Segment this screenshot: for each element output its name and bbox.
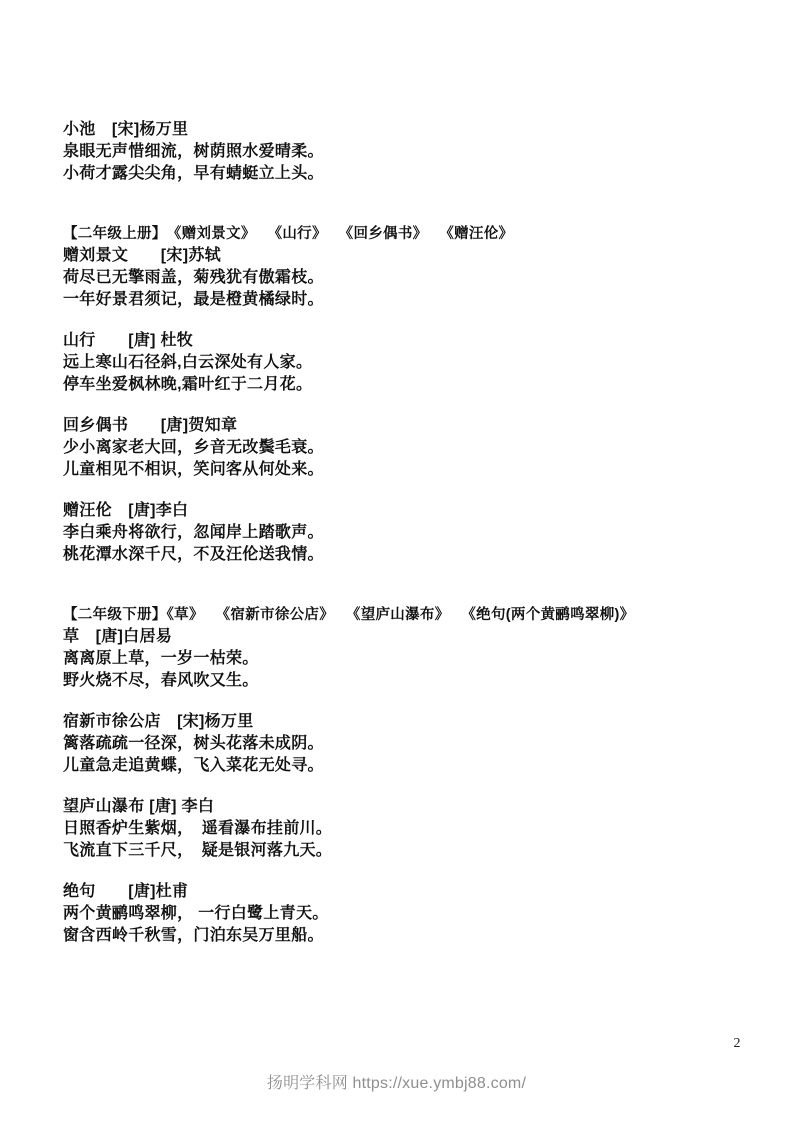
document-page: 小池 [宋]杨万里泉眼无声惜细流，树荫照水爱晴柔。小荷才露尖尖角，早有蜻蜓立上头… xyxy=(0,0,793,1122)
poem-block: 小池 [宋]杨万里泉眼无声惜细流，树荫照水爱晴柔。小荷才露尖尖角，早有蜻蜓立上头… xyxy=(63,119,757,185)
poem-title-line: 小池 [宋]杨万里 xyxy=(63,119,757,141)
poem-verse-line: 小荷才露尖尖角，早有蜻蜓立上头。 xyxy=(63,163,757,185)
poem-block: 宿新市徐公店 [宋]杨万里篱落疏疏一径深，树头花落未成阴。儿童急走追黄蝶，飞入菜… xyxy=(63,711,757,777)
poem-verse-line: 野火烧不尽，春风吹又生。 xyxy=(63,670,757,692)
poem-verse-line: 草 [唐]白居易 xyxy=(63,626,757,648)
poem-title-line: 山行 [唐] 杜牧 xyxy=(63,330,757,352)
poem-verse-line: 荷尽已无擎雨盖，菊残犹有傲霜枝。 xyxy=(63,267,757,289)
poem-verse-line: 离离原上草，一岁一枯荣。 xyxy=(63,648,757,670)
poem-content: 小池 [宋]杨万里泉眼无声惜细流，树荫照水爱晴柔。小荷才露尖尖角，早有蜻蜓立上头… xyxy=(63,119,757,947)
poem-verse-line: 赠刘景文 [宋]苏轼 xyxy=(63,245,757,267)
poem-verse-line: 两个黄鹂鸣翠柳， 一行白鹭上青天。 xyxy=(63,903,757,925)
poem-verse-line: 桃花潭水深千尺，不及汪伦送我情。 xyxy=(63,544,757,566)
poem-verse-line: 篱落疏疏一径深，树头花落未成阴。 xyxy=(63,733,757,755)
footer-watermark: 扬明学科网 https://xue.ymbj88.com/ xyxy=(0,1070,793,1093)
poem-verse-line: 远上寒山石径斜,白云深处有人家。 xyxy=(63,352,757,374)
poem-verse-line: 李白乘舟将欲行，忽闻岸上踏歌声。 xyxy=(63,522,757,544)
poem-block: 山行 [唐] 杜牧远上寒山石径斜,白云深处有人家。停车坐爱枫林晚,霜叶红于二月花… xyxy=(63,330,757,396)
poem-title-line: 回乡偶书 [唐]贺知章 xyxy=(63,415,757,437)
poem-verse-line: 一年好景君须记，最是橙黄橘绿时。 xyxy=(63,289,757,311)
poem-verse-line: 儿童急走追黄蝶，飞入菜花无处寻。 xyxy=(63,755,757,777)
poem-verse-line: 儿童相见不相识，笑问客从何处来。 xyxy=(63,459,757,481)
poem-block: 【二年级下册】《草》 《宿新市徐公店》 《望庐山瀑布》 《绝句(两个黄鹂鸣翠柳)… xyxy=(63,604,757,692)
poem-title-line: 赠汪伦 [唐]李白 xyxy=(63,500,757,522)
poem-verse-line: 日照香炉生紫烟， 遥看瀑布挂前川。 xyxy=(63,818,757,840)
poem-block: 望庐山瀑布 [唐] 李白日照香炉生紫烟， 遥看瀑布挂前川。飞流直下三千尺， 疑是… xyxy=(63,796,757,862)
section-header: 【二年级上册】 《赠刘景文》 《山行》 《回乡偶书》 《赠汪伦》 xyxy=(63,223,757,245)
poem-title-line: 绝句 [唐]杜甫 xyxy=(63,881,757,903)
poem-verse-line: 停车坐爱枫林晚,霜叶红于二月花。 xyxy=(63,374,757,396)
section-header: 【二年级下册】《草》 《宿新市徐公店》 《望庐山瀑布》 《绝句(两个黄鹂鸣翠柳)… xyxy=(63,604,757,626)
poem-title-line: 望庐山瀑布 [唐] 李白 xyxy=(63,796,757,818)
poem-title-line: 宿新市徐公店 [宋]杨万里 xyxy=(63,711,757,733)
poem-verse-line: 窗含西岭千秋雪，门泊东吴万里船。 xyxy=(63,925,757,947)
poem-verse-line: 飞流直下三千尺， 疑是银河落九天。 xyxy=(63,840,757,862)
poem-verse-line: 泉眼无声惜细流，树荫照水爱晴柔。 xyxy=(63,141,757,163)
poem-block: 【二年级上册】 《赠刘景文》 《山行》 《回乡偶书》 《赠汪伦》赠刘景文 [宋]… xyxy=(63,223,757,311)
page-number: 2 xyxy=(726,1036,748,1052)
poem-verse-line: 少小离家老大回，乡音无改鬓毛衰。 xyxy=(63,437,757,459)
poem-block: 回乡偶书 [唐]贺知章少小离家老大回，乡音无改鬓毛衰。儿童相见不相识，笑问客从何… xyxy=(63,415,757,481)
poem-block: 赠汪伦 [唐]李白李白乘舟将欲行，忽闻岸上踏歌声。桃花潭水深千尺，不及汪伦送我情… xyxy=(63,500,757,566)
poem-block: 绝句 [唐]杜甫两个黄鹂鸣翠柳， 一行白鹭上青天。窗含西岭千秋雪，门泊东吴万里船… xyxy=(63,881,757,947)
